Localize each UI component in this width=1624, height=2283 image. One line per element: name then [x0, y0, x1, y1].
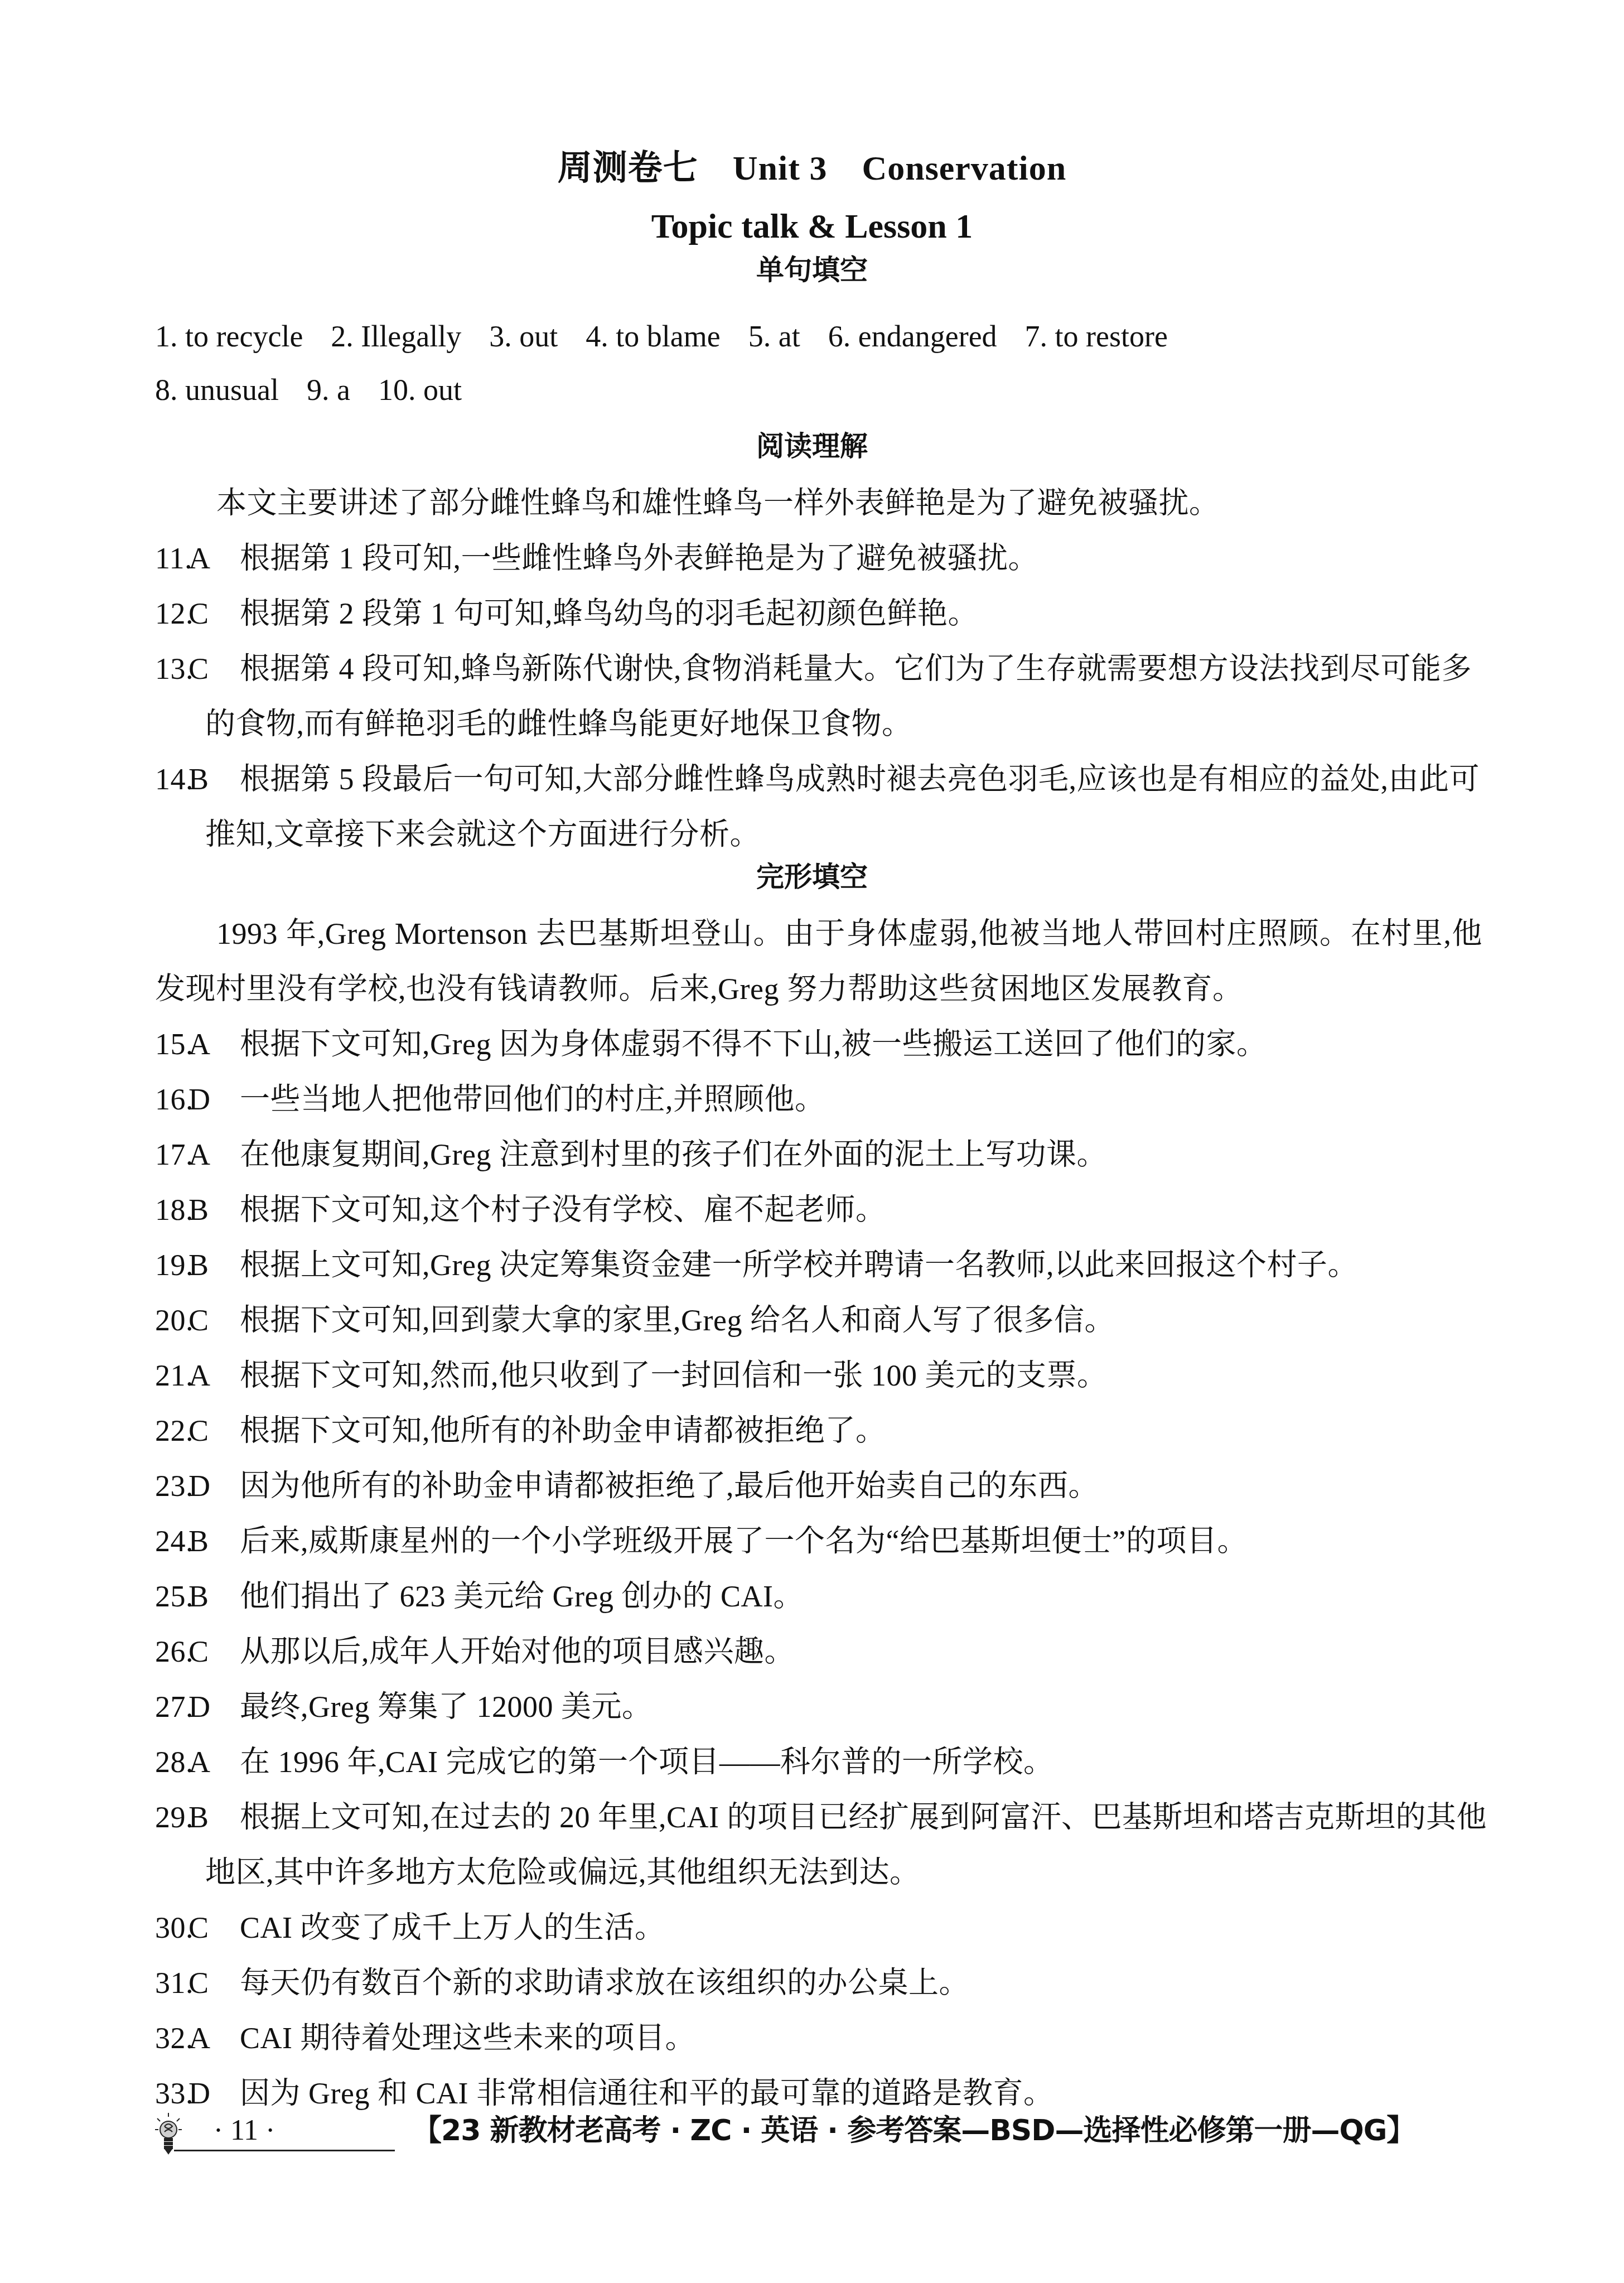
answer-letter: C [188, 586, 240, 641]
page-number-underline [174, 2150, 395, 2151]
answer-item: 22.C根据下文可知,他所有的补助金申请都被拒绝了。 [155, 1403, 1488, 1459]
fill-answer: 5. at [748, 320, 800, 353]
answer-explanation: 根据下文可知,他所有的补助金申请都被拒绝了。 [240, 1414, 886, 1447]
title-cn: 周测卷七 [558, 149, 698, 187]
answer-letter: A [188, 1735, 240, 1790]
answer-letter: B [188, 1569, 240, 1624]
answer-key-page: 周测卷七Unit 3Conservation Topic talk & Less… [0, 0, 1624, 2283]
unit-topic: Conservation [862, 149, 1066, 187]
cloze-summary: 1993 年,Greg Mortenson 去巴基斯坦登山。由于身体虚弱,他被当… [155, 906, 1482, 1017]
answer-explanation: 因为 Greg 和 CAI 非常相信通往和平的最可靠的道路是教育。 [240, 2077, 1053, 2110]
answer-explanation: 根据上文可知,Greg 决定筹集资金建一所学校并聘请一名教师,以此来回报这个村子… [240, 1248, 1358, 1282]
answer-item: 19.B根据上文可知,Greg 决定筹集资金建一所学校并聘请一名教师,以此来回报… [155, 1238, 1488, 1293]
answer-explanation: 根据第 4 段可知,蜂鸟新陈代谢快,食物消耗量大。它们为了生存就需要想方设法找到… [205, 652, 1472, 741]
answer-item: 23.D因为他所有的补助金申请都被拒绝了,最后他开始卖自己的东西。 [155, 1459, 1488, 1514]
answer-explanation: 他们捐出了 623 美元给 Greg 创办的 CAI。 [240, 1580, 804, 1613]
answer-letter: B [188, 1182, 240, 1238]
page-subtitle: Topic talk & Lesson 1 [0, 204, 1624, 249]
answer-explanation: 根据上文可知,在过去的 20 年里,CAI 的项目已经扩展到阿富汗、巴基斯坦和塔… [205, 1801, 1487, 1889]
fill-answer: 10. out [378, 373, 462, 407]
answer-letter: C [188, 1403, 240, 1459]
answer-letter: A [188, 531, 240, 586]
answer-explanation: 在他康复期间,Greg 注意到村里的孩子们在外面的泥土上写功课。 [240, 1138, 1107, 1171]
answer-item: 28.A在 1996 年,CAI 完成它的第一个项目——科尔普的一所学校。 [155, 1735, 1488, 1790]
cloze-answer-list: 15.A根据下文可知,Greg 因为身体虚弱不得不下山,被一些搬运工送回了他们的… [155, 1017, 1488, 2121]
answer-item: 17.A在他康复期间,Greg 注意到村里的孩子们在外面的泥土上写功课。 [155, 1127, 1488, 1182]
answer-explanation: 从那以后,成年人开始对他的项目感兴趣。 [240, 1635, 795, 1668]
answer-item: 20.C根据下文可知,回到蒙大拿的家里,Greg 给名人和商人写了很多信。 [155, 1293, 1488, 1348]
answer-letter: C [188, 1900, 240, 1956]
answer-item: 15.A根据下文可知,Greg 因为身体虚弱不得不下山,被一些搬运工送回了他们的… [155, 1017, 1488, 1072]
reading-answer-list: 11.A根据第 1 段可知,一些雌性蜂鸟外表鲜艳是为了避免被骚扰。 12.C根据… [155, 531, 1488, 862]
answer-letter: C [188, 641, 240, 697]
lightbulb-icon [155, 2113, 182, 2155]
answer-item: 25.B他们捐出了 623 美元给 Greg 创办的 CAI。 [155, 1569, 1488, 1624]
answer-item: 21.A根据下文可知,然而,他只收到了一封回信和一张 100 美元的支票。 [155, 1348, 1488, 1403]
answer-letter: B [188, 752, 240, 807]
answer-item: 12.C根据第 2 段第 1 句可知,蜂鸟幼鸟的羽毛起初颜色鲜艳。 [155, 586, 1488, 641]
answer-letter: A [188, 2011, 240, 2066]
fill-answer: 2. Illegally [331, 320, 461, 353]
answer-explanation: CAI 改变了成千上万人的生活。 [240, 1911, 665, 1944]
answer-item: 26.C从那以后,成年人开始对他的项目感兴趣。 [155, 1624, 1488, 1679]
book-title: 【23 新教材老高考 · ZC · 英语 · 参考答案—BSD—选择性必修第一册… [413, 2113, 1415, 2149]
answer-letter: A [188, 1127, 240, 1182]
answer-item: 16.D一些当地人把他带回他们的村庄,并照顾他。 [155, 1072, 1488, 1127]
answer-letter: B [188, 1514, 240, 1569]
answer-item: 31.C每天仍有数百个新的求助请求放在该组织的办公桌上。 [155, 1956, 1488, 2011]
answer-item: 30.CCAI 改变了成千上万人的生活。 [155, 1900, 1488, 1956]
section-heading-cloze: 完形填空 [0, 859, 1624, 895]
page-footer: · 11 · 【23 新教材老高考 · ZC · 英语 · 参考答案—BSD—选… [155, 2113, 1493, 2163]
fill-answer: 3. out [489, 320, 558, 353]
page-title: 周测卷七Unit 3Conservation [0, 146, 1624, 191]
answer-letter: A [188, 1017, 240, 1072]
answer-explanation: 根据下文可知,这个村子没有学校、雇不起老师。 [240, 1193, 886, 1227]
fill-answer: 9. a [307, 373, 350, 407]
section-heading-single-fill: 单句填空 [0, 252, 1624, 288]
section-heading-reading: 阅读理解 [0, 428, 1624, 464]
answer-item: 11.A根据第 1 段可知,一些雌性蜂鸟外表鲜艳是为了避免被骚扰。 [155, 531, 1488, 586]
unit-label: Unit 3 [733, 149, 828, 187]
answer-item: 24.B后来,威斯康星州的一个小学班级开展了一个名为“给巴基斯坦便士”的项目。 [155, 1514, 1488, 1569]
answer-letter: B [188, 1238, 240, 1293]
answer-letter: D [188, 1459, 240, 1514]
fill-answers-row-2: 8. unusual9. a10. out [155, 370, 490, 409]
fill-answer: 4. to blame [586, 320, 720, 353]
answer-item: 14.B根据第 5 段最后一句可知,大部分雌性蜂鸟成熟时褪去亮色羽毛,应该也是有… [155, 752, 1488, 862]
answer-item: 27.D最终,Greg 筹集了 12000 美元。 [155, 1679, 1488, 1735]
fill-answers-row-1: 1. to recycle2. Illegally3. out4. to bla… [155, 317, 1196, 356]
answer-explanation: 根据下文可知,回到蒙大拿的家里,Greg 给名人和商人写了很多信。 [240, 1304, 1115, 1337]
page-number: · 11 · [188, 2114, 300, 2147]
fill-answer: 1. to recycle [155, 320, 303, 353]
answer-letter: A [188, 1348, 240, 1403]
fill-answer: 7. to restore [1025, 320, 1168, 353]
answer-explanation: 根据第 1 段可知,一些雌性蜂鸟外表鲜艳是为了避免被骚扰。 [240, 542, 1038, 575]
fill-answer: 8. unusual [155, 373, 279, 407]
answer-item: 32.ACAI 期待着处理这些未来的项目。 [155, 2011, 1488, 2066]
answer-explanation: 根据下文可知,然而,他只收到了一封回信和一张 100 美元的支票。 [240, 1359, 1108, 1392]
answer-item: 13.C根据第 4 段可知,蜂鸟新陈代谢快,食物消耗量大。它们为了生存就需要想方… [155, 641, 1488, 752]
answer-explanation: 根据第 5 段最后一句可知,大部分雌性蜂鸟成熟时褪去亮色羽毛,应该也是有相应的益… [205, 762, 1480, 851]
answer-explanation: 最终,Greg 筹集了 12000 美元。 [240, 1690, 652, 1724]
answer-item: 18.B根据下文可知,这个村子没有学校、雇不起老师。 [155, 1182, 1488, 1238]
answer-item: 29.B根据上文可知,在过去的 20 年里,CAI 的项目已经扩展到阿富汗、巴基… [155, 1790, 1488, 1900]
answer-letter: D [188, 1679, 240, 1735]
answer-explanation: 根据下文可知,Greg 因为身体虚弱不得不下山,被一些搬运工送回了他们的家。 [240, 1027, 1267, 1061]
answer-explanation: 在 1996 年,CAI 完成它的第一个项目——科尔普的一所学校。 [240, 1745, 1054, 1779]
answer-explanation: 因为他所有的补助金申请都被拒绝了,最后他开始卖自己的东西。 [240, 1469, 1099, 1503]
answer-explanation: 根据第 2 段第 1 句可知,蜂鸟幼鸟的羽毛起初颜色鲜艳。 [240, 597, 978, 630]
answer-explanation: 后来,威斯康星州的一个小学班级开展了一个名为“给巴基斯坦便士”的项目。 [240, 1524, 1248, 1558]
answer-explanation: CAI 期待着处理这些未来的项目。 [240, 2021, 695, 2055]
answer-letter: C [188, 1293, 240, 1348]
answer-letter: D [188, 1072, 240, 1127]
reading-summary: 本文主要讲述了部分雌性蜂鸟和雄性蜂鸟一样外表鲜艳是为了避免被骚扰。 [155, 476, 1482, 531]
answer-letter: C [188, 1624, 240, 1679]
fill-answer: 6. endangered [828, 320, 997, 353]
answer-letter: C [188, 1956, 240, 2011]
answer-letter: B [188, 1790, 240, 1845]
answer-explanation: 每天仍有数百个新的求助请求放在该组织的办公桌上。 [240, 1966, 969, 2000]
answer-explanation: 一些当地人把他带回他们的村庄,并照顾他。 [240, 1083, 825, 1116]
